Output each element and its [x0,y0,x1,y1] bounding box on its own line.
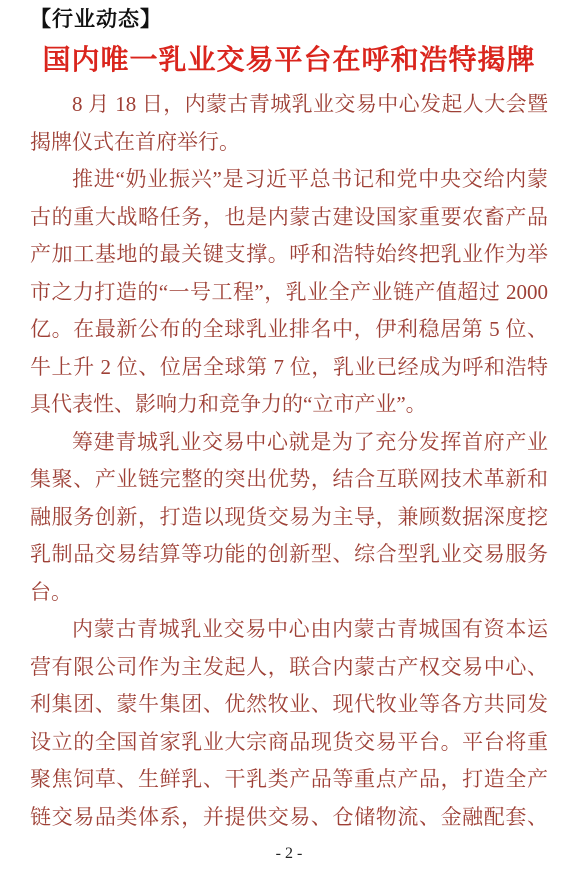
article-title: 国内唯一乳业交易平台在呼和浩特揭牌 [30,42,548,80]
article-body: 8 月 18 日，内蒙古青城乳业交易中心发起人大会暨揭牌仪式在首府举行。推进“奶… [30,86,548,836]
text-line: 内蒙古青城乳业交易中心由内蒙古青城国有资本运 [30,611,548,649]
text-line: 营有限公司作为主发起人，联合内蒙古产权交易中心、伊 [30,649,548,687]
paragraph: 筹建青城乳业交易中心就是为了充分发挥首府产业集聚、产业链完整的突出优势，结合互联… [30,424,548,612]
text-line: 亿。在最新公布的全球乳业排名中，伊利稳居第 5 位、蒙 [30,311,548,349]
text-line: 融服务创新，打造以现货交易为主导，兼顾数据深度挖掘、 [30,499,548,537]
text-line: 揭牌仪式在首府举行。 [30,124,548,162]
document-page: 【行业动态】 国内唯一乳业交易平台在呼和浩特揭牌 8 月 18 日，内蒙古青城乳… [0,0,575,874]
text-line: 产加工基地的最关键支撑。呼和浩特始终把乳业作为举全 [30,236,548,274]
text-line: 聚焦饲草、生鲜乳、干乳类产品等重点产品，打造全产业 [30,761,548,799]
section-heading: 【行业动态】 [30,6,548,34]
page-number: - 2 - [30,844,548,864]
text-line: 推进“奶业振兴”是习近平总书记和党中央交给内蒙 [30,161,548,199]
text-line: 链交易品类体系，并提供交易、仓储物流、金融配套、行 [30,799,548,837]
text-line: 筹建青城乳业交易中心就是为了充分发挥首府产业 [30,424,548,462]
text-line: 具代表性、影响力和竞争力的“立市产业”。 [30,386,548,424]
paragraph: 内蒙古青城乳业交易中心由内蒙古青城国有资本运营有限公司作为主发起人，联合内蒙古产… [30,611,548,836]
text-line: 乳制品交易结算等功能的创新型、综合型乳业交易服务平 [30,536,548,574]
text-line: 8 月 18 日，内蒙古青城乳业交易中心发起人大会暨 [30,86,548,124]
text-line: 设立的全国首家乳业大宗商品现货交易平台。平台将重点 [30,724,548,762]
text-line: 利集团、蒙牛集团、优然牧业、现代牧业等各方共同发起 [30,686,548,724]
paragraph: 推进“奶业振兴”是习近平总书记和党中央交给内蒙古的重大战略任务，也是内蒙古建设国… [30,161,548,424]
text-line: 牛上升 2 位、位居全球第 7 位，乳业已经成为呼和浩特最 [30,349,548,387]
text-line: 集聚、产业链完整的突出优势，结合互联网技术革新和金 [30,461,548,499]
text-line: 市之力打造的“一号工程”，乳业全产业链产值超过 2000 [30,274,548,312]
text-line: 台。 [30,574,548,612]
text-line: 古的重大战略任务，也是内蒙古建设国家重要农畜产品生 [30,199,548,237]
paragraph: 8 月 18 日，内蒙古青城乳业交易中心发起人大会暨揭牌仪式在首府举行。 [30,86,548,161]
